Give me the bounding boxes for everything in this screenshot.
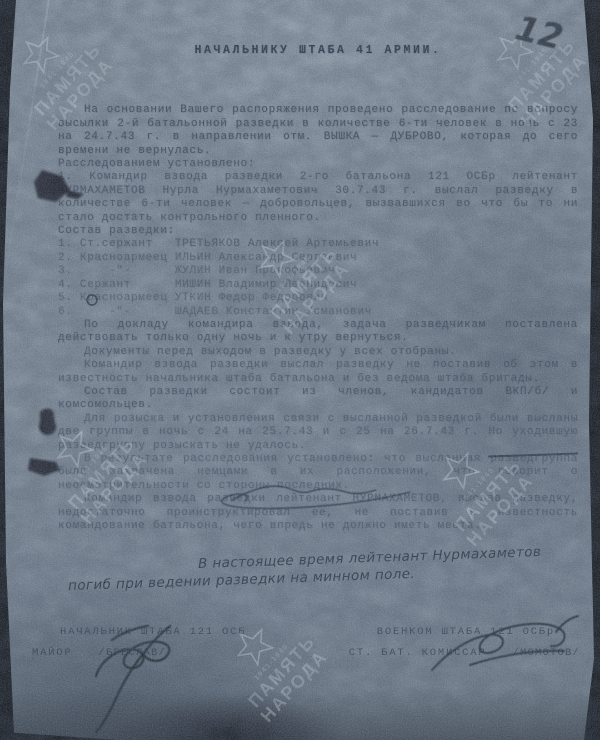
paragraph-lieutenant: Командир взвода разведки лейтенант НУРМА… [58, 493, 578, 533]
scout-list-item: 1. Ст.сержант ТРЕТЬЯКОВ Алексей Артемьев… [58, 238, 578, 251]
heading-scout-roster: Состав разведки: [58, 225, 578, 238]
scout-list-item: 5. Красноармеец УТКИН Федор Федорович [58, 292, 578, 305]
paragraph-conclusion: В результате расследования установлено: … [58, 453, 578, 493]
paragraph-commander: 1. Командир взвода разведки 2-го батальо… [58, 171, 578, 225]
scout-list-item: 3. -"- ЖУЛИН Иван Прокофьевич [58, 265, 578, 278]
chief-of-staff-rank: МАЙОР [32, 647, 73, 659]
scout-list-item: 4. Сержант МИШИН Владимир Леонидович [58, 279, 578, 292]
scanned-document-page: НАЧАЛЬНИКУ ШТАБА 41 АРМИИ. На основании … [0, 0, 600, 740]
signature-left: НАЧАЛЬНИК ШТАБА 121 ОСБ МАЙОР /БРЕСЛАВ/ [32, 626, 246, 659]
paragraph-orders: По докладу командира взвода, задача разв… [58, 319, 578, 346]
scout-list-item: 6. -"- ШАДАЕВ Константин Усманович [58, 306, 578, 319]
scout-list-item: 2. Красноармеец ИЛЬИН Александр Сергееви… [58, 252, 578, 265]
paragraph-documents: Документы перед выходом в разведку у все… [58, 346, 578, 359]
paragraph-no-report: Командир взвода разведки выслал разведку… [58, 359, 578, 386]
chief-of-staff-title: НАЧАЛЬНИК ШТАБА 121 ОСБ [32, 626, 246, 638]
chief-of-staff-name: /БРЕСЛАВ/ [99, 647, 167, 659]
document-addressee: НАЧАЛЬНИКУ ШТАБА 41 АРМИИ. [58, 44, 578, 57]
commissar-title: ВОЕНКОМ ШТАБА 121 ОСБр [349, 626, 580, 638]
heading-investigation: Расследованием установлено: [58, 158, 578, 171]
commissar-rank: СТ. БАТ. КОМИССАР [349, 647, 487, 659]
paragraph-search-groups: Для розыска и установления связи с высла… [58, 413, 578, 453]
signature-right: ВОЕНКОМ ШТАБА 121 ОСБр СТ. БАТ. КОМИССАР… [349, 626, 580, 659]
paragraph-basis: На основании Вашего распоряжения проведе… [58, 104, 578, 158]
paragraph-party-members: Состав разведки состоит из членов, канди… [58, 386, 578, 413]
typed-document: НАЧАЛЬНИКУ ШТАБА 41 АРМИИ. На основании … [58, 44, 578, 533]
commissar-name: /МОМОТОВ/ [512, 647, 580, 659]
signature-block: НАЧАЛЬНИК ШТАБА 121 ОСБ МАЙОР /БРЕСЛАВ/ … [32, 626, 580, 659]
